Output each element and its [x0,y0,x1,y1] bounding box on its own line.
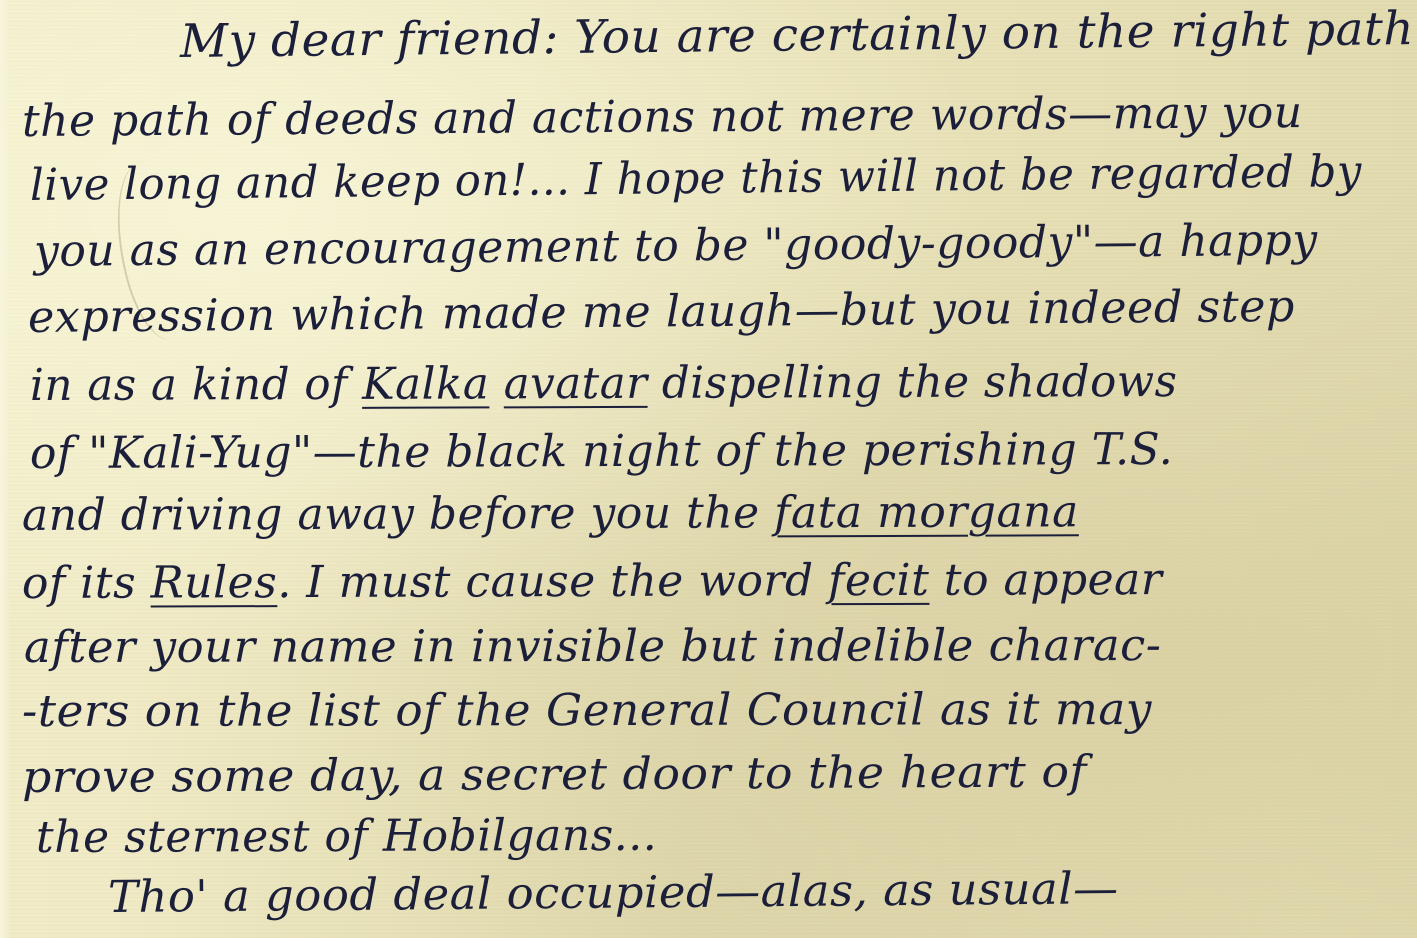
line-text [489,358,504,409]
letter-line: -ters on the list of the General Council… [22,684,1152,737]
underlined-word-fecit: fecit [828,555,929,606]
line-text: . I must cause the word [277,555,828,608]
letter-body: My dear friend: You are certainly on the… [0,0,1417,938]
underlined-word-rules: Rules [151,557,278,608]
letter-line: prove some day, a secret door to the hea… [22,746,1087,803]
line-text: dispelling the shadows [647,356,1177,409]
letter-line: live long and keep on!... I hope this wi… [30,146,1362,211]
line-text: in as a kind of [30,359,362,411]
line-text: to appear [929,554,1162,606]
underlined-word-kalka: Kalka [362,358,489,409]
letter-line: Tho' a good deal occupied—alas, as usual… [108,863,1119,923]
letter-page: My dear friend: You are certainly on the… [0,0,1417,938]
underlined-phrase-fata-morgana: fata morgana [774,486,1079,538]
line-text: and driving away before you the [22,487,774,541]
letter-line: and driving away before you the fata mor… [22,486,1079,541]
underlined-word-avatar: avatar [504,358,648,410]
line-text: of its [22,558,151,609]
letter-line: expression which made me laugh—but you i… [28,281,1295,343]
letter-line: after your name in invisible but indelib… [24,620,1162,673]
letter-line: the sternest of Hobilgans... [36,810,657,863]
letter-line: of "Kali-Yug"—the black night of the per… [30,424,1173,479]
letter-line: the path of deeds and actions not mere w… [22,87,1303,147]
letter-line: in as a kind of Kalka avatar dispelling … [30,356,1178,411]
letter-line-salutation: My dear friend: You are certainly on the… [180,1,1417,68]
letter-line: of its Rules. I must cause the word feci… [22,554,1163,609]
letter-line: you as an encouragement to be "goody-goo… [34,215,1318,277]
